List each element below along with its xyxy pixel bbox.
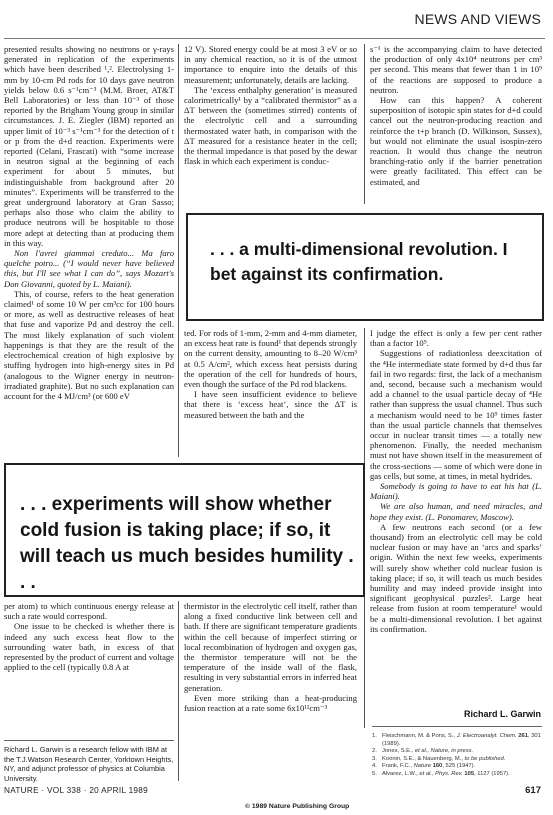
author-bio: Richard L. Garwin is a research fellow w…	[4, 745, 179, 783]
reference-item: 5.Alvarez, L.W., et al., Phys. Rev. 105,…	[372, 771, 544, 779]
paragraph: How can this happen? A coherent superpos…	[370, 95, 542, 187]
paragraph: presented results showing no neutrons or…	[4, 44, 174, 248]
paragraph: per atom) to which continuous energy rel…	[4, 601, 174, 621]
paragraph: The ‘excess enthalphy generation’ is mea…	[184, 85, 357, 167]
paragraph: Suggestions of radiationless deexcitatio…	[370, 348, 542, 481]
paragraph: A few neutrons each second (or a few tho…	[370, 522, 542, 634]
paragraph: 12 V). Stored energy could be at most 3 …	[184, 44, 357, 85]
header-rule	[4, 38, 545, 39]
pull-quote-revolution: . . . a multi-dimensional revolution. I …	[186, 213, 544, 321]
reference-item: 4.Frank, F.C., Nature 160, 525 (1947).	[372, 763, 544, 771]
column-1-top: presented results showing no neutrons or…	[4, 44, 174, 401]
references-list: 1.Fleischmann, M. & Pons, S., J. Electro…	[372, 733, 544, 779]
column-2-top: 12 V). Stored energy could be at most 3 …	[184, 44, 357, 166]
column-2-bottom: thermistor in the electrolytic cell itse…	[184, 601, 357, 713]
paragraph-quote: We are also human, and need miracles, an…	[370, 501, 542, 521]
reference-item: 3.Koonin, S.E., & Nauenberg, M., to be p…	[372, 756, 544, 764]
page-number: 617	[525, 785, 541, 796]
column-2-middle: ted. For rods of 1-mm, 2-mm and 4-mm dia…	[184, 328, 357, 420]
pull-quote-text: . . . experiments will show whether cold…	[20, 492, 357, 596]
journal-footer: NATURE · VOL 338 · 20 APRIL 1989	[4, 786, 148, 795]
paragraph-quote: Non l'avrei giammai creduto... Ma faro q…	[4, 248, 174, 289]
reference-item: 1.Fleischmann, M. & Pons, S., J. Electro…	[372, 733, 544, 748]
paragraph: ted. For rods of 1-mm, 2-mm and 4-mm dia…	[184, 328, 357, 389]
paragraph: I judge the effect is only a few per cen…	[370, 328, 542, 348]
column-1-bottom: per atom) to which continuous energy rel…	[4, 601, 174, 672]
paragraph: One issue to be checked is whether there…	[4, 621, 174, 672]
reference-item: 2.Jones, S.E., et al., Nature, in press.	[372, 748, 544, 756]
paragraph: I have seen insufficient evidence to bel…	[184, 389, 357, 420]
section-title: NEWS AND VIEWS	[415, 11, 541, 27]
references-rule	[372, 726, 542, 727]
column-3-middle: I judge the effect is only a few per cen…	[370, 328, 542, 634]
page-header: NEWS AND VIEWS	[0, 0, 553, 44]
paragraph: thermistor in the electrolytic cell itse…	[184, 601, 357, 693]
pull-quote-text: . . . a multi-dimensional revolution. I …	[210, 237, 532, 287]
bio-rule	[4, 740, 174, 741]
column-3-top: s⁻¹ is the accompanying claim to have de…	[370, 44, 542, 187]
column-rule	[178, 44, 179, 457]
paragraph: This, of course, refers to the heat gene…	[4, 289, 174, 401]
paragraph-quote: Somebody is going to have to eat his hat…	[370, 481, 542, 501]
paragraph: s⁻¹ is the accompanying claim to have de…	[370, 44, 542, 95]
copyright-notice: © 1989 Nature Publishing Group	[245, 803, 349, 810]
column-rule	[364, 44, 365, 204]
pull-quote-humility: . . . experiments will show whether cold…	[4, 463, 365, 597]
author-signature: Richard L. Garwin	[464, 709, 541, 719]
paragraph: Even more striking than a heat-producing…	[184, 693, 357, 713]
